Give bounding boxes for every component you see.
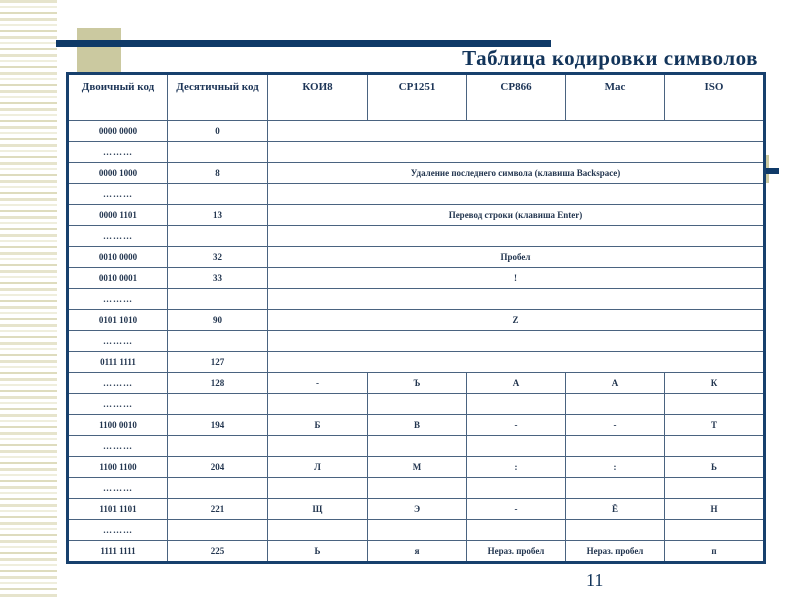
table-row: 1101 1101221ЩЭ-ЁН [68, 499, 765, 520]
table-row: 0000 10008Удаление последнего символа (к… [68, 163, 765, 184]
slide-title: Таблица кодировки символов [462, 46, 758, 71]
table-row: 0000 110113Перевод строки (клавиша Enter… [68, 205, 765, 226]
decimal-code-cell: 32 [168, 247, 268, 268]
binary-code-cell: 0000 1101 [68, 205, 168, 226]
decimal-code-cell: 128 [168, 373, 268, 394]
encoding-table: Двоичный кодДесятичный кодКОИ8CP1251CP86… [66, 72, 766, 564]
mac-cell [566, 394, 665, 415]
iso-cell: Ь [665, 457, 765, 478]
mac-cell: Ё [566, 499, 665, 520]
binary-code-cell: 1100 0010 [68, 415, 168, 436]
table-row: ……… [68, 184, 765, 205]
shared-character-cell: Пробел [268, 247, 765, 268]
binary-code-cell: ……… [68, 436, 168, 457]
table-header-row: Двоичный кодДесятичный кодКОИ8CP1251CP86… [68, 74, 765, 121]
decimal-code-cell [168, 226, 268, 247]
decimal-code-cell: 13 [168, 205, 268, 226]
decimal-code-cell: 0 [168, 121, 268, 142]
binary-code-cell: 0000 1000 [68, 163, 168, 184]
cp866-cell: : [467, 457, 566, 478]
table-row: ……… [68, 226, 765, 247]
binary-code-cell: ……… [68, 478, 168, 499]
shared-character-cell [268, 142, 765, 163]
shared-character-cell [268, 184, 765, 205]
iso-cell: К [665, 373, 765, 394]
shared-character-cell: Z [268, 310, 765, 331]
koi8-cell: Щ [268, 499, 368, 520]
mac-cell: - [566, 415, 665, 436]
decimal-code-cell: 90 [168, 310, 268, 331]
decimal-code-cell [168, 289, 268, 310]
mac-cell [566, 520, 665, 541]
iso-cell [665, 520, 765, 541]
cp1251-cell [368, 436, 467, 457]
column-header: Десятичный код [168, 74, 268, 121]
cp1251-cell: Ъ [368, 373, 467, 394]
decimal-code-cell [168, 478, 268, 499]
table-row: ……… [68, 394, 765, 415]
shared-character-cell: ! [268, 268, 765, 289]
binary-code-cell: 0010 0000 [68, 247, 168, 268]
table-row: ………128-ЪААК [68, 373, 765, 394]
binary-code-cell: 1101 1101 [68, 499, 168, 520]
cp866-cell: Нераз. пробел [467, 541, 566, 563]
mac-cell: А [566, 373, 665, 394]
binary-code-cell: 1111 1111 [68, 541, 168, 563]
cp866-cell [467, 478, 566, 499]
cp866-cell: А [467, 373, 566, 394]
table-row: ……… [68, 478, 765, 499]
iso-cell: Н [665, 499, 765, 520]
koi8-cell: Б [268, 415, 368, 436]
binary-code-cell: ……… [68, 373, 168, 394]
shared-character-cell: Перевод строки (клавиша Enter) [268, 205, 765, 226]
cp1251-cell [368, 520, 467, 541]
table-row: 0010 000133! [68, 268, 765, 289]
koi8-cell: Ь [268, 541, 368, 563]
binary-code-cell: ……… [68, 331, 168, 352]
cp866-cell: - [467, 415, 566, 436]
decimal-code-cell [168, 436, 268, 457]
koi8-cell [268, 520, 368, 541]
mac-cell: Нераз. пробел [566, 541, 665, 563]
binary-code-cell: 1100 1100 [68, 457, 168, 478]
table-row: 1100 1100204ЛМ::Ь [68, 457, 765, 478]
binary-code-cell: ……… [68, 394, 168, 415]
shared-character-cell [268, 289, 765, 310]
binary-code-cell: 0010 0001 [68, 268, 168, 289]
cp1251-cell: В [368, 415, 467, 436]
shared-character-cell [268, 352, 765, 373]
iso-cell: п [665, 541, 765, 563]
decimal-code-cell [168, 394, 268, 415]
cp866-cell: - [467, 499, 566, 520]
table-row: ……… [68, 520, 765, 541]
cp1251-cell [368, 478, 467, 499]
cp1251-cell [368, 394, 467, 415]
decimal-code-cell: 225 [168, 541, 268, 563]
decorative-olive-square [77, 28, 121, 72]
table-row: ……… [68, 142, 765, 163]
koi8-cell [268, 478, 368, 499]
koi8-cell: Л [268, 457, 368, 478]
koi8-cell [268, 436, 368, 457]
iso-cell: Т [665, 415, 765, 436]
binary-code-cell: 0000 0000 [68, 121, 168, 142]
column-header: Mac [566, 74, 665, 121]
table-row: 0101 101090Z [68, 310, 765, 331]
shared-character-cell [268, 121, 765, 142]
shared-character-cell [268, 331, 765, 352]
decimal-code-cell: 221 [168, 499, 268, 520]
binary-code-cell: 0101 1010 [68, 310, 168, 331]
slide-number: 11 [586, 570, 603, 591]
mac-cell [566, 478, 665, 499]
koi8-cell [268, 394, 368, 415]
binary-code-cell: ……… [68, 184, 168, 205]
binary-code-cell: 0111 1111 [68, 352, 168, 373]
binary-code-cell: ……… [68, 520, 168, 541]
column-header: Двоичный код [68, 74, 168, 121]
iso-cell [665, 478, 765, 499]
column-header: ISO [665, 74, 765, 121]
decimal-code-cell [168, 142, 268, 163]
decimal-code-cell: 33 [168, 268, 268, 289]
binary-code-cell: ……… [68, 226, 168, 247]
cp1251-cell: я [368, 541, 467, 563]
shared-character-cell [268, 226, 765, 247]
mac-cell [566, 436, 665, 457]
cp866-cell [467, 436, 566, 457]
binary-code-cell: ……… [68, 142, 168, 163]
decimal-code-cell [168, 184, 268, 205]
cp866-cell [467, 520, 566, 541]
shared-character-cell: Удаление последнего символа (клавиша Bac… [268, 163, 765, 184]
mac-cell: : [566, 457, 665, 478]
iso-cell [665, 436, 765, 457]
decimal-code-cell [168, 520, 268, 541]
cp1251-cell: Э [368, 499, 467, 520]
table-row: 0111 1111127 [68, 352, 765, 373]
table-row: ……… [68, 436, 765, 457]
cp1251-cell: М [368, 457, 467, 478]
decimal-code-cell: 194 [168, 415, 268, 436]
decimal-code-cell: 8 [168, 163, 268, 184]
decimal-code-cell: 127 [168, 352, 268, 373]
table-row: 1100 0010194БВ--Т [68, 415, 765, 436]
table-row: ……… [68, 331, 765, 352]
column-header: CP1251 [368, 74, 467, 121]
decimal-code-cell [168, 331, 268, 352]
decorative-stripes [0, 0, 57, 600]
table-row: 0010 000032Пробел [68, 247, 765, 268]
decimal-code-cell: 204 [168, 457, 268, 478]
table-body: 0000 00000………0000 10008Удаление последне… [68, 121, 765, 563]
binary-code-cell: ……… [68, 289, 168, 310]
iso-cell [665, 394, 765, 415]
column-header: КОИ8 [268, 74, 368, 121]
table-row: ……… [68, 289, 765, 310]
table-row: 0000 00000 [68, 121, 765, 142]
koi8-cell: - [268, 373, 368, 394]
column-header: CP866 [467, 74, 566, 121]
table-row: 1111 1111225ЬяНераз. пробелНераз. пробел… [68, 541, 765, 563]
cp866-cell [467, 394, 566, 415]
